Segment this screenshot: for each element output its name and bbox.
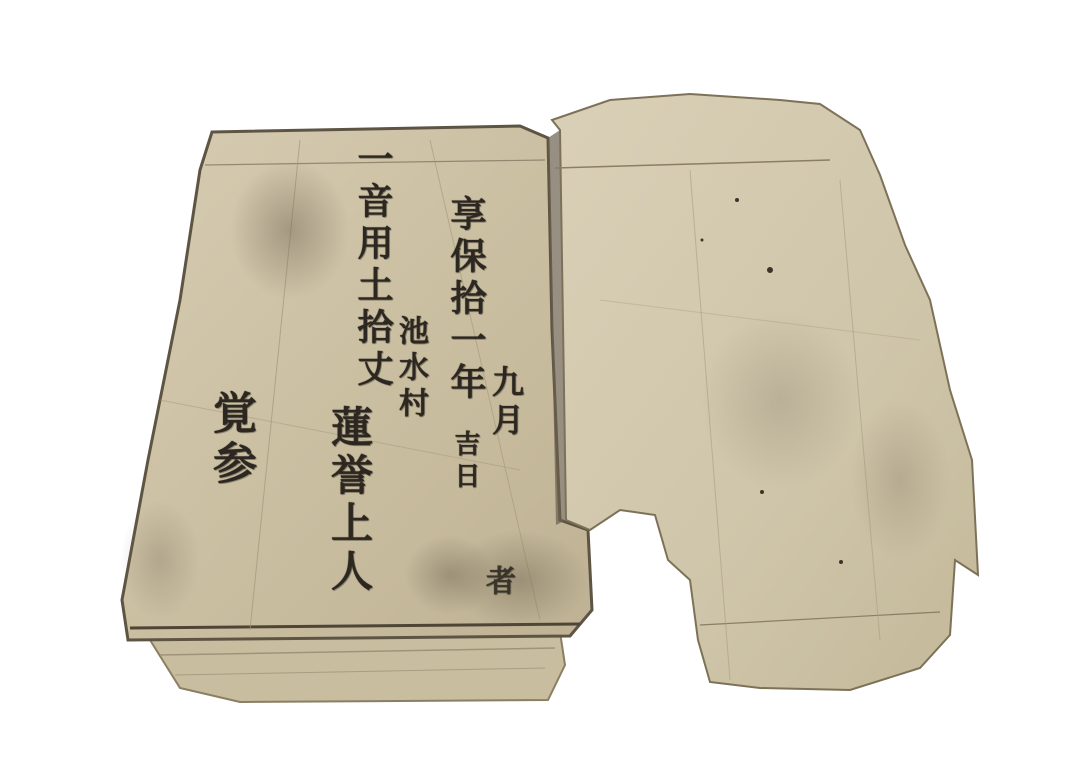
page-stack [150, 632, 565, 702]
book-illustration [0, 0, 1080, 774]
corner-mark: 者 [482, 565, 512, 601]
date-era-column: 享保拾一年 [448, 195, 484, 405]
title-column: 一音用土拾丈 [355, 140, 391, 392]
day-column: 吉日 [452, 430, 478, 494]
photo-scene: 享保拾一年 九月 吉日 池水村 一音用土拾丈 蓮誉上人 覚参 者 [0, 0, 1080, 774]
name-column: 蓮誉上人 [328, 405, 370, 597]
month-column: 九月 [490, 365, 522, 441]
village-column: 池水村 [395, 315, 425, 423]
left-margin-column: 覚参 [208, 390, 252, 490]
